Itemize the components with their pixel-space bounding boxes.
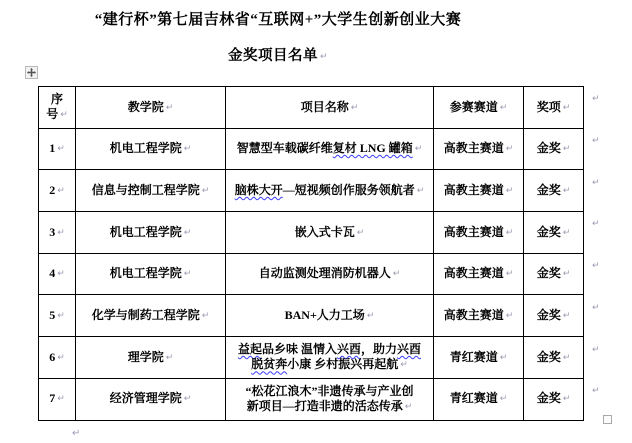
cell-award[interactable]: 金奖↵ xyxy=(524,295,584,337)
cell-project[interactable]: BAN+人力工场↵ xyxy=(226,295,434,337)
cell-college[interactable]: 机电工程学院↵ xyxy=(76,212,226,254)
cell-end-mark: ↵ xyxy=(563,269,571,279)
project-name-line: 自动监测处理消防机器人↵ xyxy=(228,266,431,282)
cell-no[interactable]: 7↵ xyxy=(39,378,76,420)
project-text: —短视频创作服务领航者 xyxy=(283,183,415,197)
cell-end-mark: ↵ xyxy=(351,103,359,113)
paragraph-mark: ↵ xyxy=(320,52,328,62)
spellcheck-flagged-text: 兴酉 xyxy=(337,342,361,356)
header-cell-track[interactable]: 参赛赛道↵ xyxy=(434,87,524,129)
cell-end-mark: ↵ xyxy=(57,353,65,363)
project-text: ，助力 xyxy=(361,342,397,356)
college-name: 机电工程学院 xyxy=(110,266,182,280)
cell-end-mark: ↵ xyxy=(400,360,408,370)
table-row: 4↵机电工程学院↵自动监测处理消防机器人↵高教主赛道↵金奖↵ xyxy=(39,253,584,295)
cell-end-mark: ↵ xyxy=(57,269,65,279)
award-name: 金奖 xyxy=(537,141,561,155)
award-name: 金奖 xyxy=(537,391,561,405)
header-cell-college[interactable]: 教学院↵ xyxy=(76,87,226,129)
row-end-mark: ↵ xyxy=(592,219,600,229)
cell-no[interactable]: 6↵ xyxy=(39,337,76,379)
cell-track[interactable]: 高教主赛道↵ xyxy=(434,295,524,337)
cell-end-mark: ↵ xyxy=(57,311,65,321)
cell-track[interactable]: 青红赛道↵ xyxy=(434,337,524,379)
cell-no[interactable]: 4↵ xyxy=(39,253,76,295)
cell-end-mark: ↵ xyxy=(417,186,425,196)
spellcheck-flagged-text: 复材 LNG 罐箱 xyxy=(333,141,413,155)
college-name: 经济管理学院 xyxy=(110,391,182,405)
project-name-line: 益起品乡味 温情入兴酉，助力兴酉 xyxy=(228,342,431,358)
cell-end-mark: ↵ xyxy=(506,228,514,238)
cell-award[interactable]: 金奖↵ xyxy=(524,170,584,212)
cell-no[interactable]: 5↵ xyxy=(39,295,76,337)
cell-college[interactable]: 机电工程学院↵ xyxy=(76,253,226,295)
cell-end-mark: ↵ xyxy=(202,311,210,321)
project-text: 嵌入式卡瓦 xyxy=(295,225,355,239)
college-name: 化学与制药工程学院 xyxy=(92,308,200,322)
header-label: 教学院 xyxy=(128,100,164,114)
spellcheck-flagged-text: 兴酉 xyxy=(397,342,421,356)
paragraph-mark: ↵ xyxy=(72,428,80,439)
row-end-mark: ↵ xyxy=(592,386,600,396)
cell-end-mark: ↵ xyxy=(166,103,174,113)
header-label: 奖项 xyxy=(537,100,561,114)
project-text: 品乡味 温情入 xyxy=(262,342,337,356)
project-text: 自动监测处理消防机器人 xyxy=(259,266,391,280)
award-name: 金奖 xyxy=(537,266,561,280)
move-arrows-icon xyxy=(27,68,36,77)
cell-end-mark: ↵ xyxy=(506,144,514,154)
project-text: 小康 乡村振兴再起航 xyxy=(287,357,398,371)
cell-project[interactable]: 自动监测处理消防机器人↵ xyxy=(226,253,434,295)
row-end-mark: ↵ xyxy=(592,303,600,313)
header-row: 序号↵教学院↵项目名称↵参赛赛道↵奖项↵ xyxy=(39,87,584,129)
table-move-handle[interactable] xyxy=(25,66,38,79)
project-text: 智慧型车载碳纤维 xyxy=(237,141,333,155)
cell-end-mark: ↵ xyxy=(393,269,401,279)
cell-end-mark: ↵ xyxy=(563,353,571,363)
cell-track[interactable]: 高教主赛道↵ xyxy=(434,128,524,170)
track-name: 高教主赛道 xyxy=(444,225,504,239)
row-end-mark: ↵ xyxy=(592,136,600,146)
document-subtitle[interactable]: 金奖项目名单↵ xyxy=(0,44,556,65)
document-title[interactable]: “建行杯”第七届吉林省“互联网+”大学生创新创业大赛 xyxy=(0,8,556,29)
track-name: 青红赛道 xyxy=(450,350,498,364)
header-cell-award[interactable]: 奖项↵ xyxy=(524,87,584,129)
cell-no[interactable]: 1↵ xyxy=(39,128,76,170)
cell-end-mark: ↵ xyxy=(184,228,192,238)
award-name: 金奖 xyxy=(537,183,561,197)
table-row: 2↵信息与控制工程学院↵脑株大开—短视频创作服务领航者↵高教主赛道↵金奖↵ xyxy=(39,170,584,212)
track-name: 高教主赛道 xyxy=(444,141,504,155)
cell-award[interactable]: 金奖↵ xyxy=(524,253,584,295)
cell-end-mark: ↵ xyxy=(506,269,514,279)
cell-end-mark: ↵ xyxy=(202,186,210,196)
cell-end-mark: ↵ xyxy=(563,394,571,404)
cell-end-mark: ↵ xyxy=(500,353,508,363)
row-end-mark: ↵ xyxy=(592,178,600,188)
header-label: 项目名称 xyxy=(301,100,349,114)
cell-end-mark: ↵ xyxy=(405,402,413,412)
award-name: 金奖 xyxy=(537,350,561,364)
project-text: BAN+人力工场 xyxy=(285,308,365,322)
project-name-line: 嵌入式卡瓦↵ xyxy=(228,225,431,241)
cell-end-mark: ↵ xyxy=(500,394,508,404)
cell-college[interactable]: 机电工程学院↵ xyxy=(76,128,226,170)
cell-college[interactable]: 化学与制药工程学院↵ xyxy=(76,295,226,337)
cell-no[interactable]: 3↵ xyxy=(39,212,76,254)
cell-award[interactable]: 金奖↵ xyxy=(524,378,584,420)
cell-end-mark: ↵ xyxy=(60,110,68,120)
cell-no[interactable]: 2↵ xyxy=(39,170,76,212)
project-name-line: “松花江浪木”非遗传承与产业创 xyxy=(228,384,431,400)
cell-track[interactable]: 高教主赛道↵ xyxy=(434,170,524,212)
header-label: 号 xyxy=(46,107,58,121)
cell-end-mark: ↵ xyxy=(506,311,514,321)
cell-project[interactable]: 嵌入式卡瓦↵ xyxy=(226,212,434,254)
header-cell-project[interactable]: 项目名称↵ xyxy=(226,87,434,129)
spellcheck-flagged-text: 益起 xyxy=(238,342,262,356)
cell-end-mark: ↵ xyxy=(57,228,65,238)
project-name-line: 脑株大开—短视频创作服务领航者↵ xyxy=(228,183,431,199)
project-text: 新项目—打造非遗的活态传承 xyxy=(247,399,403,413)
project-name-line: BAN+人力工场↵ xyxy=(228,308,431,324)
project-name-line: 脱贫奔小康 乡村振兴再起航↵ xyxy=(228,357,431,373)
cell-end-mark: ↵ xyxy=(500,103,508,113)
cell-end-mark: ↵ xyxy=(184,269,192,279)
row-end-mark: ↵ xyxy=(592,261,600,271)
project-name-line: 新项目—打造非遗的活态传承↵ xyxy=(228,399,431,415)
college-name: 理学院 xyxy=(128,350,164,364)
cell-end-mark: ↵ xyxy=(57,186,65,196)
cell-award[interactable]: 金奖↵ xyxy=(524,212,584,254)
cell-end-mark: ↵ xyxy=(563,103,571,113)
cell-end-mark: ↵ xyxy=(166,353,174,363)
cell-college[interactable]: 理学院↵ xyxy=(76,337,226,379)
college-name: 信息与控制工程学院 xyxy=(92,183,200,197)
header-label: 序 xyxy=(51,92,63,106)
table-resize-handle[interactable] xyxy=(603,415,612,424)
table-row: 6↵理学院↵益起品乡味 温情入兴酉，助力兴酉脱贫奔小康 乡村振兴再起航↵青红赛道… xyxy=(39,337,584,379)
cell-project[interactable]: “松花江浪木”非遗传承与产业创新项目—打造非遗的活态传承↵ xyxy=(226,378,434,420)
cell-end-mark: ↵ xyxy=(57,144,65,154)
track-name: 青红赛道 xyxy=(450,391,498,405)
college-name: 机电工程学院 xyxy=(110,141,182,155)
cell-track[interactable]: 高教主赛道↵ xyxy=(434,212,524,254)
cell-end-mark: ↵ xyxy=(506,186,514,196)
cell-end-mark: ↵ xyxy=(357,228,365,238)
cell-end-mark: ↵ xyxy=(184,394,192,404)
header-label: 参赛赛道 xyxy=(450,100,498,114)
cell-track[interactable]: 高教主赛道↵ xyxy=(434,253,524,295)
table-row: 3↵机电工程学院↵嵌入式卡瓦↵高教主赛道↵金奖↵ xyxy=(39,212,584,254)
cell-end-mark: ↵ xyxy=(563,311,571,321)
track-name: 高教主赛道 xyxy=(444,308,504,322)
project-text: “松花江浪木”非遗传承与产业创 xyxy=(245,384,413,398)
table-row: 7↵经济管理学院↵“松花江浪木”非遗传承与产业创新项目—打造非遗的活态传承↵青红… xyxy=(39,378,584,420)
cell-project[interactable]: 脑株大开—短视频创作服务领航者↵ xyxy=(226,170,434,212)
row-end-mark: ↵ xyxy=(592,345,600,355)
table-row: 5↵化学与制药工程学院↵BAN+人力工场↵高教主赛道↵金奖↵ xyxy=(39,295,584,337)
cell-end-mark: ↵ xyxy=(367,311,375,321)
header-cell-no[interactable]: 序号↵ xyxy=(39,87,76,129)
project-name-line: 智慧型车载碳纤维复材 LNG 罐箱↵ xyxy=(228,141,431,157)
document-header: “建行杯”第七届吉林省“互联网+”大学生创新创业大赛 金奖项目名单↵ xyxy=(0,8,556,29)
cell-end-mark: ↵ xyxy=(563,228,571,238)
cell-award[interactable]: 金奖↵ xyxy=(524,128,584,170)
cell-track[interactable]: 青红赛道↵ xyxy=(434,378,524,420)
table-row: 1↵机电工程学院↵智慧型车载碳纤维复材 LNG 罐箱↵高教主赛道↵金奖↵ xyxy=(39,128,584,170)
cell-end-mark: ↵ xyxy=(415,144,423,154)
spellcheck-flagged-text: 脑株大开 xyxy=(235,183,283,197)
cell-end-mark: ↵ xyxy=(563,144,571,154)
spellcheck-flagged-text: 脱贫奔 xyxy=(251,357,287,371)
track-name: 高教主赛道 xyxy=(444,183,504,197)
cell-college[interactable]: 信息与控制工程学院↵ xyxy=(76,170,226,212)
college-name: 机电工程学院 xyxy=(110,225,182,239)
cell-award[interactable]: 金奖↵ xyxy=(524,337,584,379)
cell-project[interactable]: 益起品乡味 温情入兴酉，助力兴酉脱贫奔小康 乡村振兴再起航↵ xyxy=(226,337,434,379)
track-name: 高教主赛道 xyxy=(444,266,504,280)
cell-college[interactable]: 经济管理学院↵ xyxy=(76,378,226,420)
cell-end-mark: ↵ xyxy=(184,144,192,154)
award-name: 金奖 xyxy=(537,308,561,322)
cell-end-mark: ↵ xyxy=(57,394,65,404)
row-end-mark: ↵ xyxy=(592,94,600,104)
award-name: 金奖 xyxy=(537,225,561,239)
cell-end-mark: ↵ xyxy=(563,186,571,196)
cell-project[interactable]: 智慧型车载碳纤维复材 LNG 罐箱↵ xyxy=(226,128,434,170)
gold-award-table: 序号↵教学院↵项目名称↵参赛赛道↵奖项↵1↵机电工程学院↵智慧型车载碳纤维复材 … xyxy=(38,86,584,421)
